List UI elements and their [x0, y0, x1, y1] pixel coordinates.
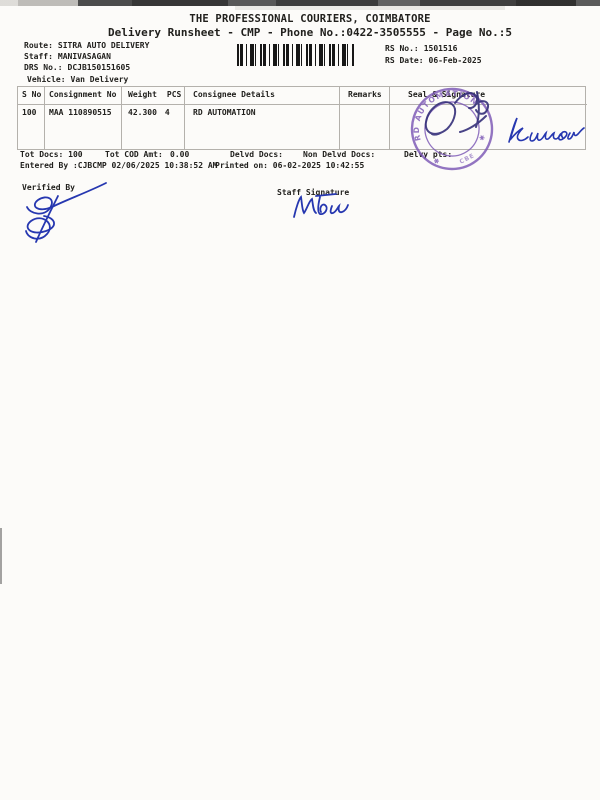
verified-by-label: Verified By [22, 183, 75, 192]
col-header-consignment-no: Consignment No [44, 87, 121, 104]
staff-signature-label: Staff Signature [277, 188, 349, 197]
col-header-weight-pcs: WeightPCS [121, 87, 184, 104]
col-header-seal-signature: Seal & Signature [389, 87, 587, 104]
route-line: Route:SITRA AUTO DELIVERY [24, 41, 149, 50]
rs-no-label: RS No.: [385, 44, 419, 53]
non-delvd-docs-label: Non Delvd Docs: [303, 150, 375, 159]
tot-cod-label: Tot COD Amt: [105, 150, 163, 159]
row-pcs: 4 [165, 108, 170, 117]
tot-docs: Tot Docs: 100 [20, 150, 83, 159]
drs-value: DCJB150151605 [68, 63, 131, 72]
vehicle-value: Van Delivery [71, 75, 129, 84]
drs-label: DRS No.: [24, 63, 63, 72]
vehicle-line: Vehicle:Van Delivery [27, 75, 128, 84]
row-weight-pcs: 42.3004 [121, 104, 184, 149]
staff-value: MANIVASAGAN [58, 52, 111, 61]
document-title-line: Delivery Runsheet - CMP - Phone No.:0422… [20, 26, 600, 39]
delvy-pts-label: Delvy pts: [404, 150, 452, 159]
route-value: SITRA AUTO DELIVERY [58, 41, 150, 50]
rs-no-value: 1501516 [424, 44, 458, 53]
rs-date-label: RS Date: [385, 56, 424, 65]
vehicle-label: Vehicle: [27, 75, 66, 84]
company-title: THE PROFESSIONAL COURIERS, COIMBATORE [20, 13, 600, 25]
drs-line: DRS No.:DCJB150151605 [24, 63, 130, 72]
delvd-docs-label: Delvd Docs: [230, 150, 283, 159]
row-weight: 42.300 [128, 108, 157, 117]
row-remarks [339, 104, 389, 149]
scan-smudge [235, 6, 505, 10]
tot-cod-value: 0.00 [170, 150, 189, 159]
col-header-pcs: PCS [167, 90, 181, 99]
stamp-bottom-text: CBE [458, 152, 476, 166]
row-consignment-no: MAA 110890515 [44, 104, 121, 149]
col-header-weight: Weight [128, 90, 157, 99]
route-label: Route: [24, 41, 53, 50]
delivery-runsheet-scan: THE PROFESSIONAL COURIERS, COIMBATORE De… [0, 0, 600, 800]
row-seal-signature-area [389, 104, 587, 149]
rs-date-value: 06-Feb-2025 [429, 56, 482, 65]
entered-by: Entered By :CJBCMP 02/06/2025 10:38:52 A… [20, 161, 217, 170]
consignment-table: S No Consignment No WeightPCS Consignee … [17, 86, 586, 150]
col-header-s-no: S No [18, 87, 44, 104]
col-header-remarks: Remarks [339, 87, 389, 104]
row-s-no: 100 [18, 104, 44, 149]
staff-line: Staff:MANIVASAGAN [24, 52, 111, 61]
rs-date-line: RS Date:06-Feb-2025 [385, 56, 482, 65]
staff-signature-handwriting [294, 194, 348, 217]
rs-no-line: RS No.:1501516 [385, 44, 457, 53]
barcode [237, 44, 355, 66]
col-header-consignee: Consignee Details [184, 87, 339, 104]
printed-on: Printed on: 06-02-2025 10:42:55 [215, 161, 364, 170]
scan-scratch [0, 528, 2, 584]
row-consignee: RD AUTOMATION [184, 104, 339, 149]
staff-label: Staff: [24, 52, 53, 61]
